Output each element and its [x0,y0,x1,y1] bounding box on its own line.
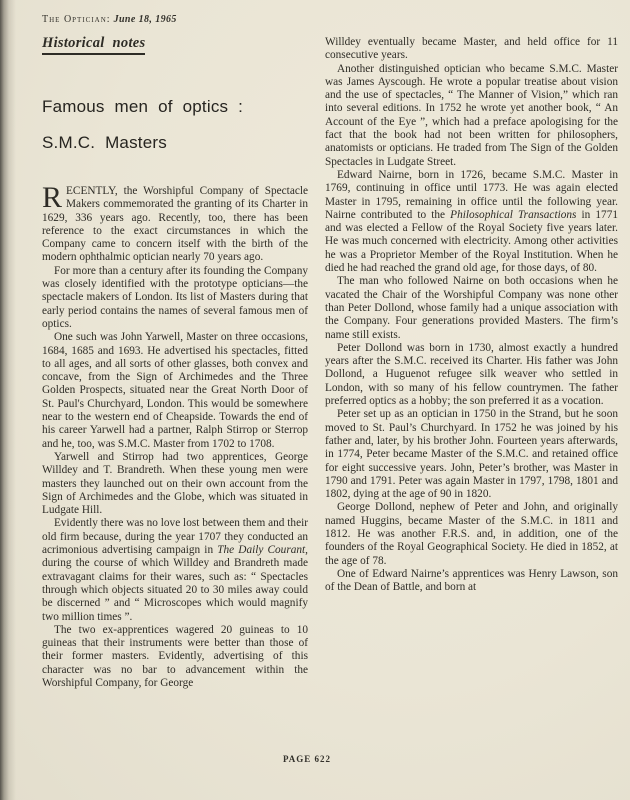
paragraph: For more than a century after its foundi… [42,265,308,331]
paragraph: Evidently there was no love lost between… [42,517,308,623]
italic-title: Philosophical Transactions [450,209,576,221]
paragraph: The man who followed Nairne on both occa… [325,275,618,341]
masthead: The Optician:June 18, 1965 [42,14,308,25]
paragraph: George Dollond, nephew of Peter and John… [325,501,618,567]
left-column-body: RECENTLY, the Worshipful Company of Spec… [42,185,308,690]
paragraph-text: ECENTLY, the Worshipful Company of Spect… [42,185,308,263]
italic-title: The Daily Courant [217,544,305,556]
paragraph: Edward Nairne, born in 1726, became S.M.… [325,169,618,275]
paragraph: One such was John Yarwell, Master on thr… [42,331,308,451]
left-column: The Optician:June 18, 1965 Historical no… [42,14,308,690]
paragraph: Peter Dollond was born in 1730, almost e… [325,342,618,408]
paragraph: Willdey eventually became Master, and he… [325,36,618,63]
right-column: Willdey eventually became Master, and he… [325,36,618,594]
paragraph: One of Edward Nairne’s apprentices was H… [325,568,618,595]
right-column-body: Willdey eventually became Master, and he… [325,36,618,594]
page-number: PAGE 622 [0,754,614,764]
paragraph: Yarwell and Stirrop had two apprentices,… [42,451,308,517]
scan-edge [0,0,16,800]
issue-date: June 18, 1965 [114,14,177,25]
magazine-page: The Optician:June 18, 1965 Historical no… [0,0,630,800]
paragraph: Another distinguished optician who becam… [325,63,618,169]
drop-cap: R [42,185,66,210]
article-title: Famous men of optics : [42,97,308,117]
paragraph: The two ex-apprentices wagered 20 guinea… [42,624,308,690]
paragraph: Peter set up as an optician in 1750 in t… [325,408,618,501]
paragraph: RECENTLY, the Worshipful Company of Spec… [42,185,308,265]
journal-name: The Optician: [42,14,111,25]
section-heading: Historical notes [42,35,145,55]
article-subtitle: S.M.C. Masters [42,133,308,153]
